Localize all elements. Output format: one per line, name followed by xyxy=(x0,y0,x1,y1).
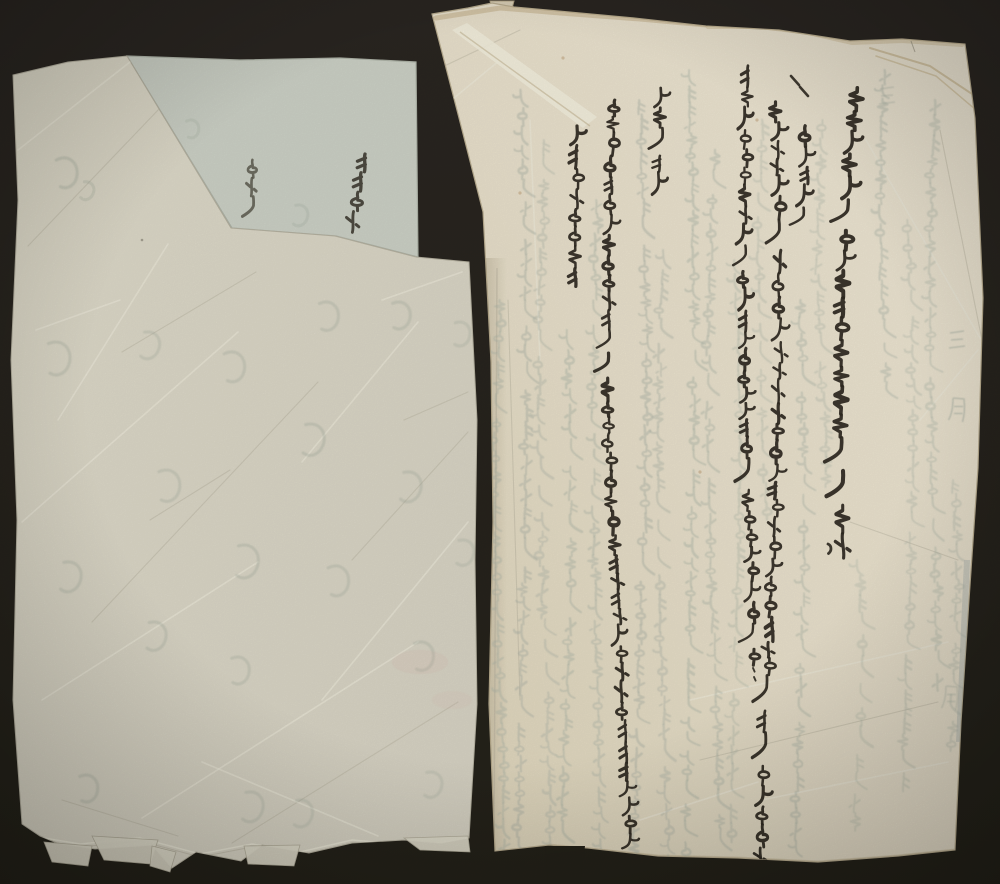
manuscript-photograph xyxy=(0,0,1000,884)
vignette xyxy=(0,0,1000,884)
manuscript-scene xyxy=(0,0,1000,884)
